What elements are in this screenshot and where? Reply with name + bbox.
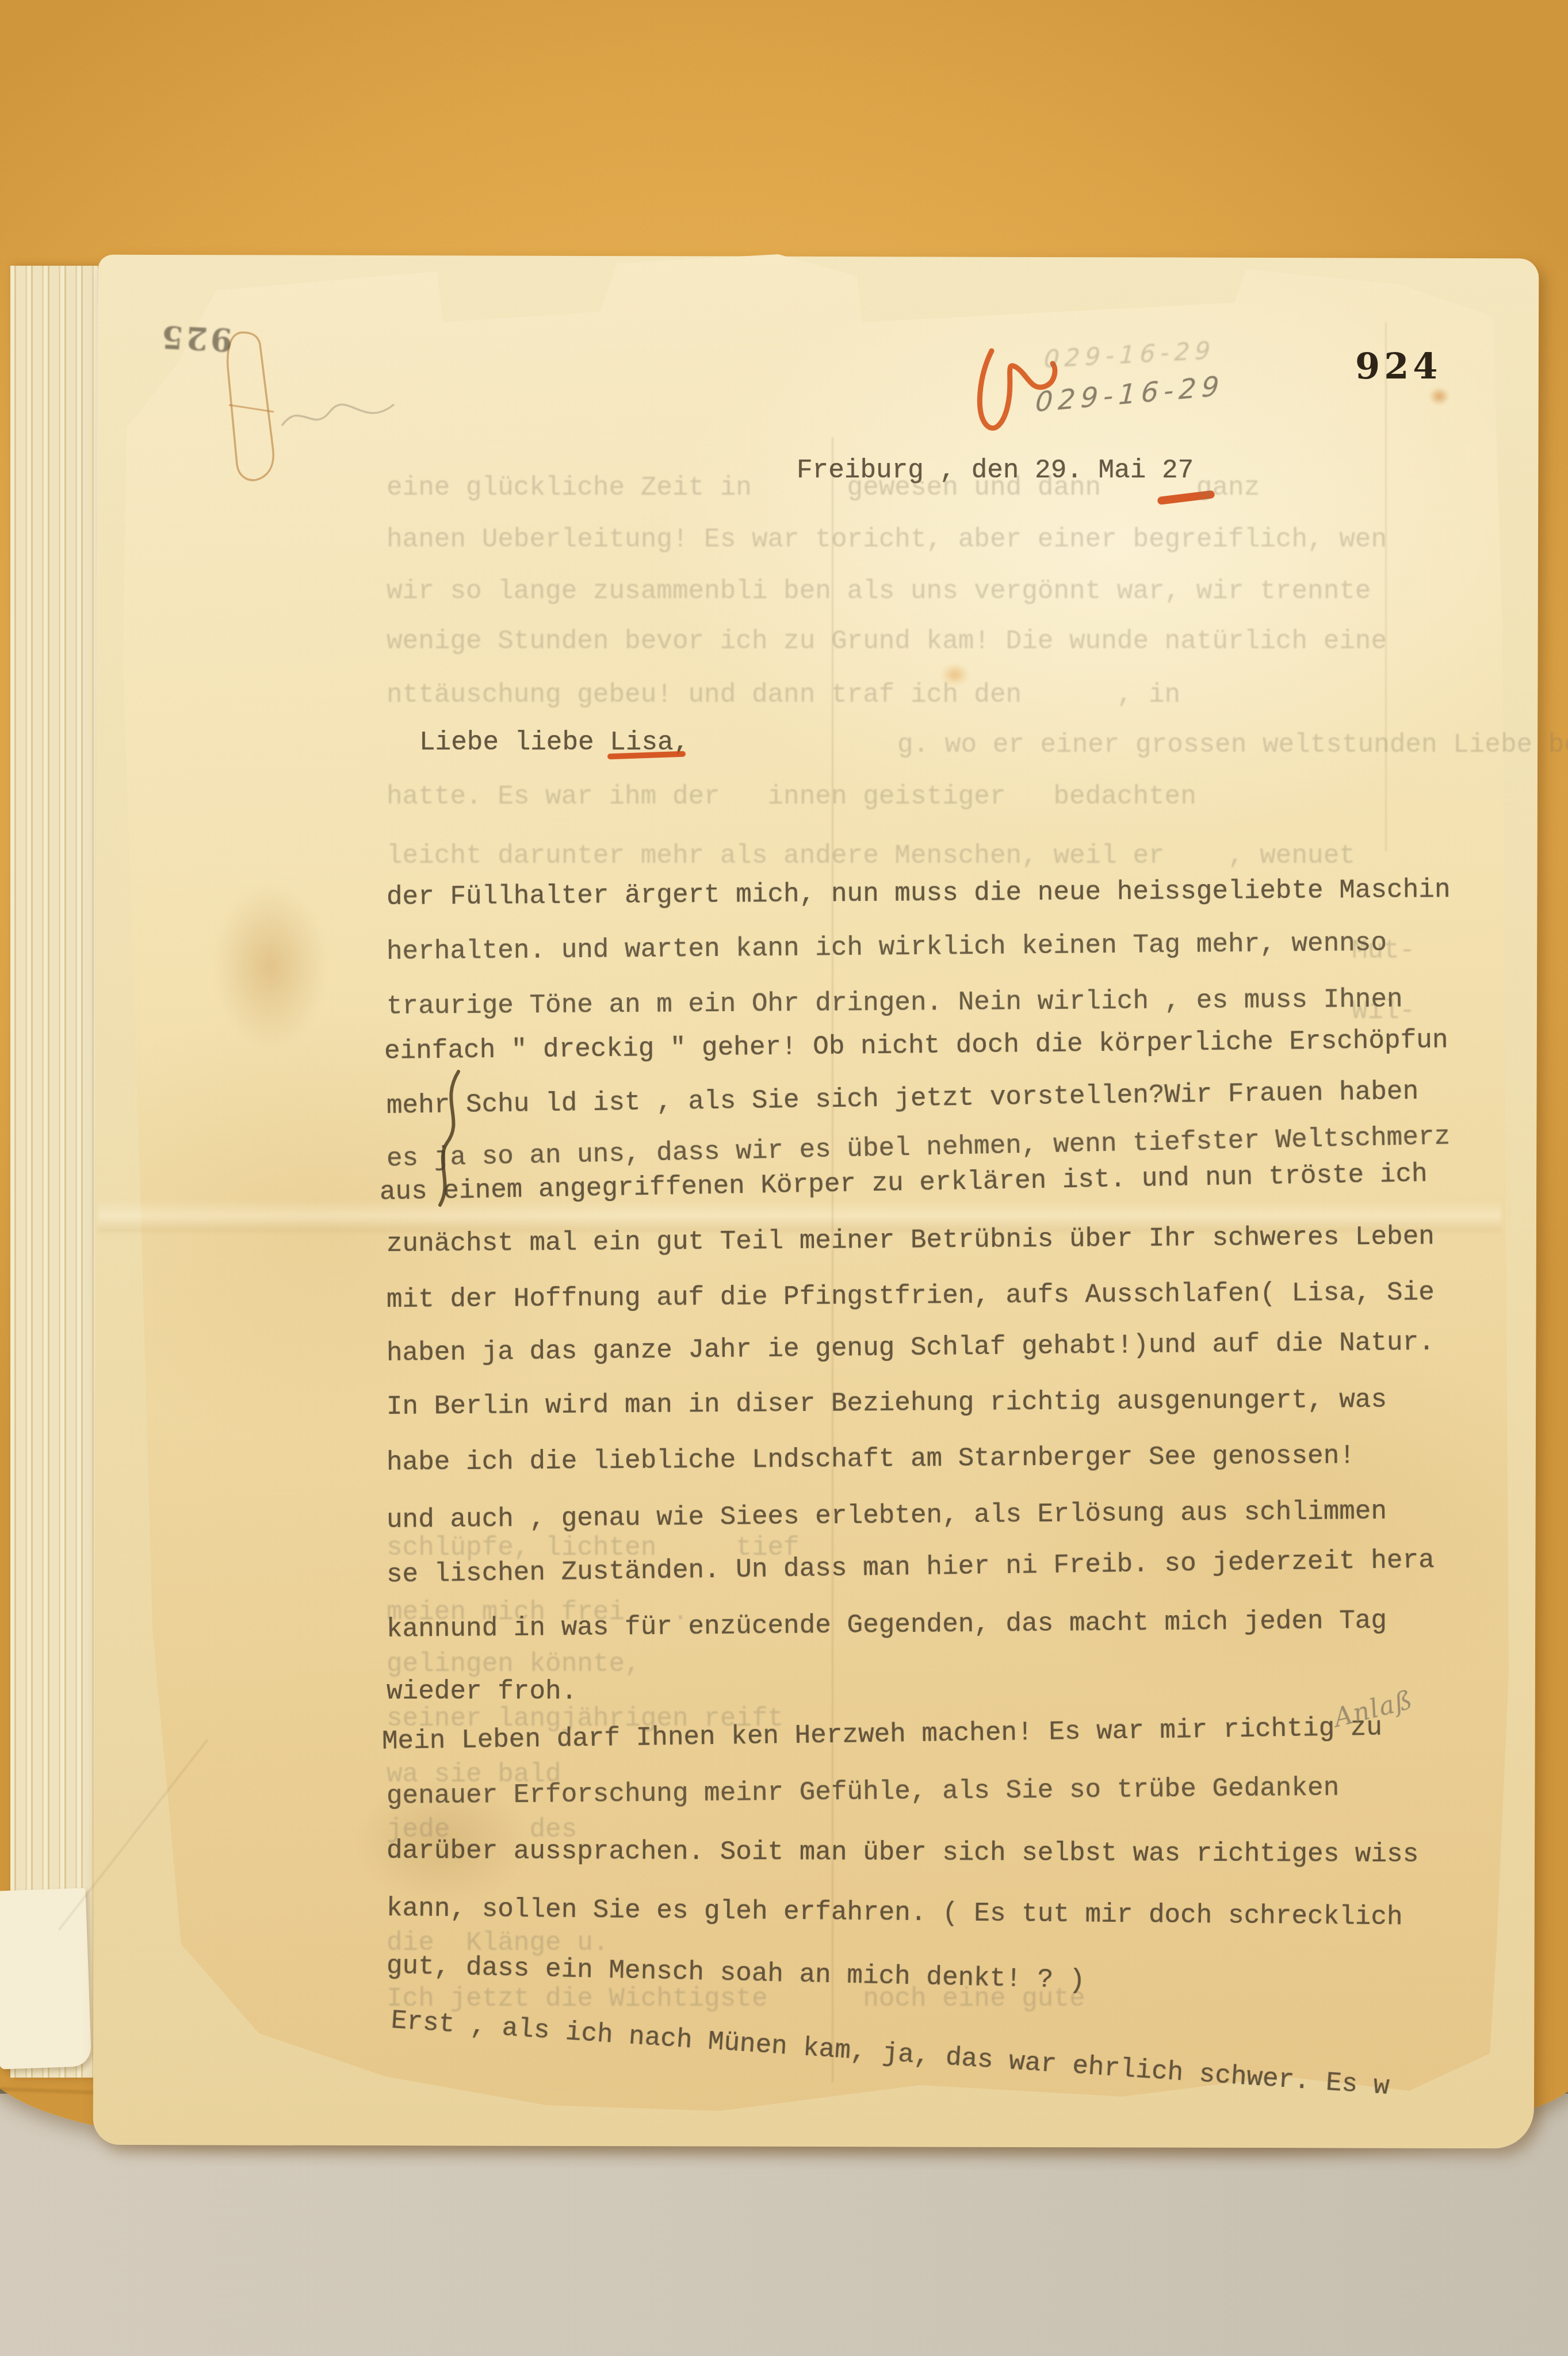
typed-line: In Berlin wird man in diser Beziehung ri… bbox=[387, 1387, 1387, 1420]
bleed-through-line: eine glückliche Zeit in gewesen und dann… bbox=[387, 475, 1260, 501]
page-number-stamp: 924 bbox=[1355, 345, 1441, 387]
typed-line: mit der Hoffnung auf die Pfingstfrien, a… bbox=[387, 1279, 1435, 1313]
page-corner bbox=[0, 1888, 91, 2069]
typed-line: der Füllhalter ärgert mich, nun muss die… bbox=[387, 877, 1451, 911]
typed-line: traurige Töne an m ein Ohr dringen. Nein… bbox=[387, 986, 1403, 1020]
reverse-page-number-stamp: 925 bbox=[158, 318, 233, 359]
bleed-through-line: wir so lange zusammenbli ben als uns ver… bbox=[387, 578, 1371, 605]
bleed-through-line: hanen Ueberleitung! Es war toricht, aber… bbox=[387, 526, 1387, 553]
vertical-crease bbox=[1385, 322, 1387, 851]
typed-line: zunächst mal ein gut Teil meiner Betrübn… bbox=[387, 1223, 1435, 1257]
bleed-through-line: gelingen könnte, bbox=[387, 1651, 641, 1677]
bleed-through-line: leicht darunter mehr als andere Menschen… bbox=[387, 843, 1355, 869]
typed-line: habe ich die liebliche Lndschaft am Star… bbox=[387, 1443, 1355, 1476]
bleed-through-line: hatte. Es war ihm der innen geistiger be… bbox=[387, 783, 1196, 810]
bleed-through-line: g. wo er einer grossen weltstunden Liebe… bbox=[897, 732, 1568, 758]
typed-line: wieder froh. bbox=[387, 1678, 577, 1705]
page-stack-edge bbox=[10, 266, 98, 2078]
typed-line: darüber aussprachen. Soit man über sich … bbox=[387, 1838, 1418, 1868]
archive-photo: 925 924 029-16-29 029-16-29 Freiburg , d… bbox=[0, 0, 1568, 2356]
bleed-through-line: wenige Stunden bevor ich zu Grund kam! D… bbox=[387, 628, 1387, 655]
bleed-through-line: nttäuschung gebeu! und dann traf ich den… bbox=[387, 682, 1180, 708]
pencil-squiggle-icon bbox=[276, 377, 408, 452]
